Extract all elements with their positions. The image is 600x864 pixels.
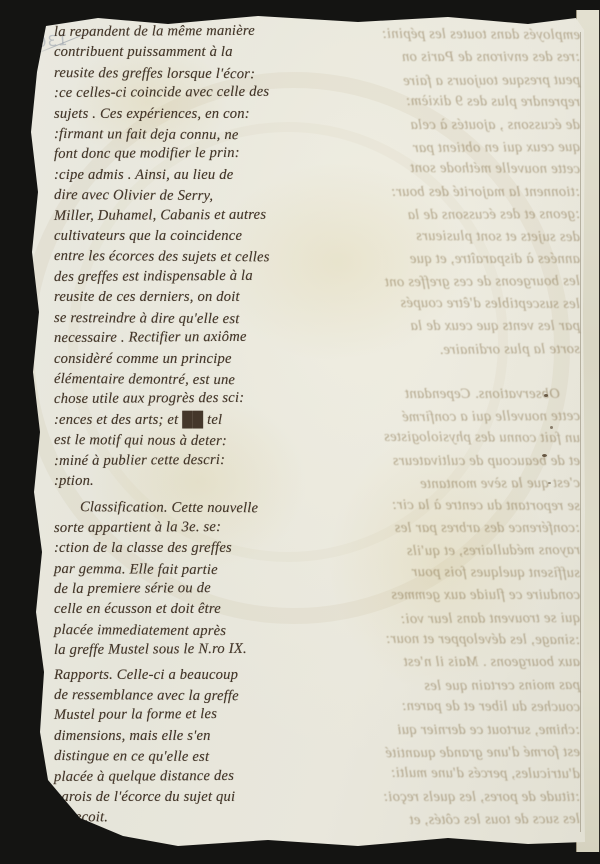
manuscript-line: sujets . Ces expériences, en con: (54, 104, 354, 124)
manuscript-line: :ences et des arts; et ██ tel (54, 410, 354, 430)
manuscript-line: :cipe admis . Ainsi, au lieu de (54, 165, 354, 185)
manuscript-line: la repandent de la même manière (54, 20, 354, 42)
ink-speck (548, 482, 551, 484)
manuscript-line: :ce celles-ci coincide avec celle des (54, 81, 354, 103)
manuscript-line: la greffe Mustel sous le N.ro IX. (54, 638, 354, 660)
manuscript-line: chose utile aux progrès des sci: (54, 387, 354, 409)
scan-background: 3 136 employés dans toutes les pépini::r… (0, 0, 600, 864)
manuscript-line: Rapports. Celle-ci a beaucoup (54, 665, 354, 685)
manuscript-line: des greffes est indispensable à la (54, 265, 354, 287)
manuscript-line: Miller, Duhamel, Cabanis et autres (54, 204, 354, 226)
pencil-foliation-number: 3 (44, 9, 55, 24)
ink-speck (544, 394, 548, 397)
manuscript-line: sorte appartient à la 3e. se: (54, 516, 354, 538)
manuscript-line: necessaire . Rectifier un axiôme (54, 326, 354, 348)
manuscript-line: Mustel pour la forme et les (54, 704, 354, 726)
manuscript-line: placée à quelque distance des (54, 765, 354, 787)
manuscript-line: dimensions, mais elle s'en (54, 726, 354, 746)
manuscript-line: font donc que modifier le prin: (54, 143, 354, 165)
manuscript-line: de la premiere série ou de (54, 577, 354, 599)
manuscript-line: la reçoit. (54, 807, 354, 829)
page-edge-crease (580, 32, 581, 832)
manuscript-line: cultivateurs que la coincidence (54, 226, 354, 246)
ink-speck (542, 454, 547, 457)
manuscript-line: :miné à publier cette descri: (54, 449, 354, 471)
manuscript-line: :ction de la classe des greffes (54, 538, 354, 558)
manuscript-line: :ption. (54, 471, 354, 491)
ink-speck (550, 426, 553, 429)
recto-text: la repandent de la même manièrecontribue… (54, 22, 354, 828)
manuscript-line: contribuent puissamment à la (54, 42, 354, 62)
manuscript-line: celle en écusson et doit être (54, 599, 354, 619)
manuscript-page: 3 136 employés dans toutes les pépini::r… (28, 12, 586, 848)
manuscript-line: reusite de ces derniers, on doit (54, 287, 354, 307)
manuscript-line: parois de l'écorce du sujet qui (54, 787, 354, 807)
manuscript-line: considèré comme un principe (54, 349, 354, 369)
